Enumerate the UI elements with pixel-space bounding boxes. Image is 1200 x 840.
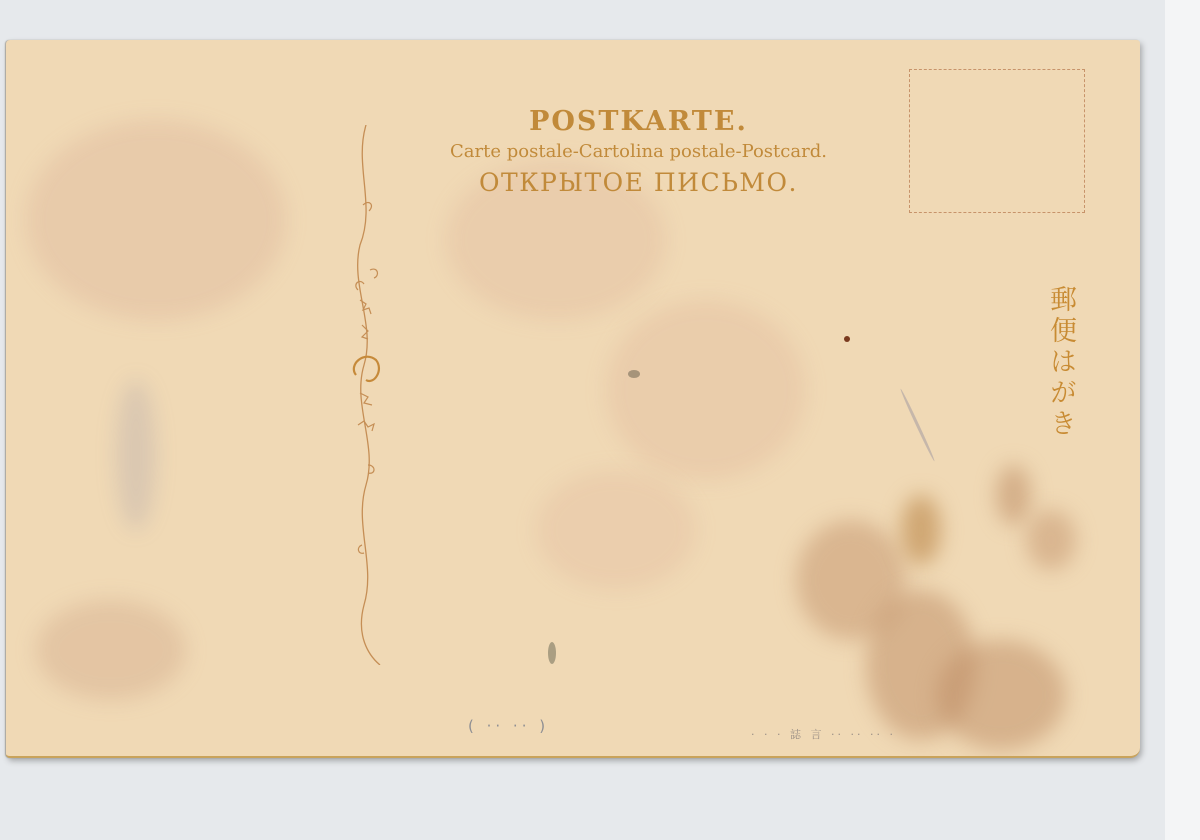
faint-printed-text-right: · · · 誌 言 ·· ·· ·· · (751, 726, 896, 742)
postcard-title: POSTKARTE. (366, 106, 911, 137)
water-stain (1026, 510, 1076, 570)
postcard-subtitle: Carte postale-Cartolina postale-Postcard… (366, 141, 911, 162)
japanese-vertical-text: 郵便はがき (1046, 285, 1080, 440)
ink-spot (548, 642, 556, 664)
water-stain (936, 640, 1066, 750)
postcard-header: POSTKARTE. Carte postale-Cartolina posta… (366, 106, 911, 197)
stain (26, 120, 286, 320)
stain (36, 600, 186, 700)
pencil-mark (899, 388, 936, 462)
russian-title: ОТКРЫТОЕ ПИСЬМО. (366, 168, 911, 197)
water-stain (996, 465, 1031, 525)
stain (536, 470, 696, 590)
postcard: POSTKARTE. Carte postale-Cartolina posta… (6, 40, 1140, 758)
stain (606, 300, 806, 480)
stain (116, 380, 156, 530)
faint-printed-text: ( ·· ·· ) (468, 717, 549, 735)
water-stain (901, 495, 941, 565)
stamp-box (909, 69, 1085, 213)
vine-divider (346, 125, 386, 665)
page-edge (1165, 0, 1200, 840)
ink-spot (844, 336, 850, 342)
ink-spot (628, 370, 640, 378)
